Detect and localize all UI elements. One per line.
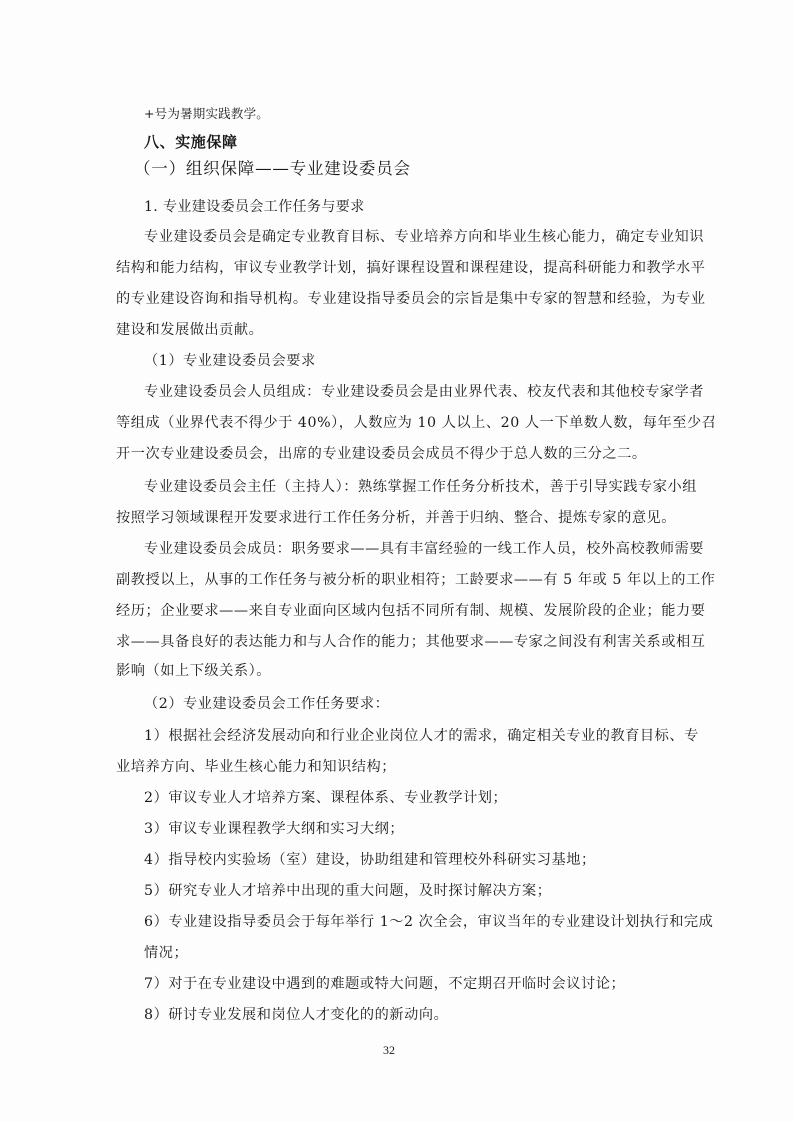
intro-paragraph-line: 建设和发展做出贡献。 bbox=[116, 321, 263, 339]
task-item-5: 5）研究专业人才培养中出现的重大问题，及时探讨解决方案； bbox=[144, 882, 552, 900]
section-heading: 八、实施保障 bbox=[144, 133, 238, 151]
task-item-6-cont: 情况； bbox=[144, 944, 188, 962]
document-page: +号为暑期实践教学。 八、实施保障 （一）组织保障——专业建设委员会 1. 专业… bbox=[0, 0, 793, 1122]
composition-paragraph-line: 等组成（业界代表不得少于 40%），人数应为 10 人以上、20 人一下单数人数… bbox=[116, 414, 716, 432]
composition-paragraph-line: 开一次专业建设委员会，出席的专业建设委员会成员不得少于总人数的三分之二。 bbox=[116, 445, 647, 463]
task-item-6: 6）专业建设指导委员会于每年举行 1～2 次全会，审议当年的专业建设计划执行和完… bbox=[144, 913, 713, 931]
composition-paragraph-line: 专业建设委员会人员组成：专业建设委员会是由业界代表、校友代表和其他校专家学者 bbox=[144, 383, 704, 401]
item-heading: 1. 专业建设委员会工作任务与要求 bbox=[144, 198, 365, 216]
members-paragraph-line: 求——具备良好的表达能力和与人合作的能力；其他要求——专家之间没有利害关系或相互 bbox=[116, 633, 706, 651]
director-paragraph-line: 按照学习领域课程开发要求进行工作任务分析，并善于归纳、整合、提炼专家的意见。 bbox=[116, 509, 676, 527]
subsection-heading: （一）组织保障——专业建设委员会 bbox=[134, 160, 411, 178]
requirements-heading: （1）专业建设委员会要求 bbox=[144, 352, 316, 370]
task-item-4: 4）指导校内实验场（室）建设，协助组建和管理校外科研实习基地； bbox=[144, 851, 596, 869]
intro-paragraph-line: 专业建设委员会是确定专业教育目标、专业培养方向和毕业生核心能力，确定专业知识 bbox=[144, 228, 704, 246]
members-paragraph-line: 经历；企业要求——来自专业面向区域内包括不同所有制、规模、发展阶段的企业；能力要 bbox=[116, 602, 706, 620]
intro-paragraph-line: 结构和能力结构，审议专业教学计划，搞好课程设置和课程建设，提高科研能力和教学水平 bbox=[116, 259, 706, 277]
members-paragraph-line: 影响（如上下级关系）。 bbox=[116, 662, 271, 680]
page-number: 32 bbox=[383, 1043, 395, 1058]
task-item-8: 8）研讨专业发展和岗位人才变化的的新动向。 bbox=[144, 1006, 448, 1024]
summer-practice-note: +号为暑期实践教学。 bbox=[144, 105, 269, 123]
task-item-2: 2）审议专业人才培养方案、课程体系、专业教学计划； bbox=[144, 789, 507, 807]
task-item-7: 7）对于在专业建设中遇到的难题或特大问题，不定期召开临时会议讨论； bbox=[144, 975, 625, 993]
director-paragraph-line: 专业建设委员会主任（主持人）：熟练掌握工作任务分析技术，善于引导实践专家小组 bbox=[144, 478, 697, 496]
members-paragraph-line: 专业建设委员会成员：职务要求——具有丰富经验的一线工作人员，校外高校教师需要 bbox=[144, 540, 704, 558]
intro-paragraph-line: 的专业建设咨询和指导机构。专业建设指导委员会的宗旨是集中专家的智慧和经验，为专业 bbox=[116, 290, 706, 308]
task-item-1-cont: 业培养方向、毕业生核心能力和知识结构； bbox=[116, 758, 396, 776]
task-item-1: 1）根据社会经济发展动向和行业企业岗位人才的需求，确定相关专业的教育目标、专 bbox=[144, 727, 699, 745]
members-paragraph-line: 副教授以上，从事的工作任务与被分析的职业相符；工龄要求——有 5 年或 5 年以… bbox=[116, 571, 715, 589]
task-item-3: 3）审议专业课程教学大纲和实习大纲； bbox=[144, 820, 404, 838]
tasks-heading: （2）专业建设委员会工作任务要求： bbox=[144, 695, 389, 713]
